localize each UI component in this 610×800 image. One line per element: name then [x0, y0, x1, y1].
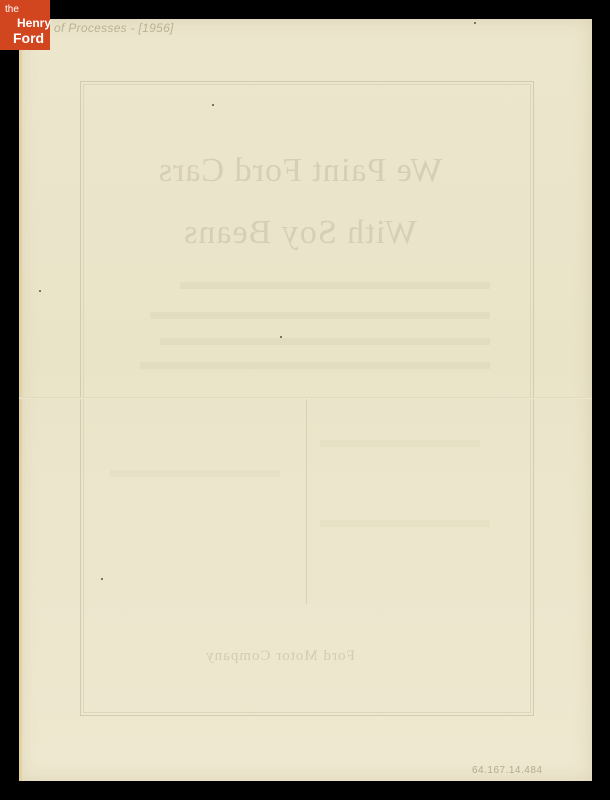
logo-the: the: [5, 5, 19, 15]
paper-speck: [474, 22, 476, 24]
show-through-text: [110, 470, 280, 477]
show-through-footer: Ford Motor Company: [190, 648, 370, 665]
page-edge: [19, 19, 22, 781]
paper-speck: [39, 290, 41, 292]
show-through-title: We Paint Ford Cars With Soy Beans: [100, 140, 500, 264]
accession-number: 64.167.14.484: [472, 765, 542, 776]
show-through-text: [320, 520, 490, 527]
paper-speck: [212, 104, 214, 106]
henry-ford-logo: the Henry Ford: [0, 0, 50, 50]
show-through-title-line-1: We Paint Ford Cars: [100, 140, 500, 202]
show-through-text: [140, 362, 490, 369]
show-through-text: [320, 440, 480, 447]
logo-ford: Ford: [13, 31, 44, 45]
paper-speck: [280, 336, 282, 338]
show-through-text: [150, 312, 490, 319]
show-through-text: [180, 282, 490, 289]
logo-henry: Henry: [17, 17, 51, 29]
paper-speck: [101, 578, 103, 580]
show-through-text: [160, 338, 490, 345]
column-divider: [306, 399, 307, 604]
show-through-title-line-2: With Soy Beans: [100, 202, 500, 264]
handwritten-note: of Processes - [1956]: [54, 21, 174, 35]
